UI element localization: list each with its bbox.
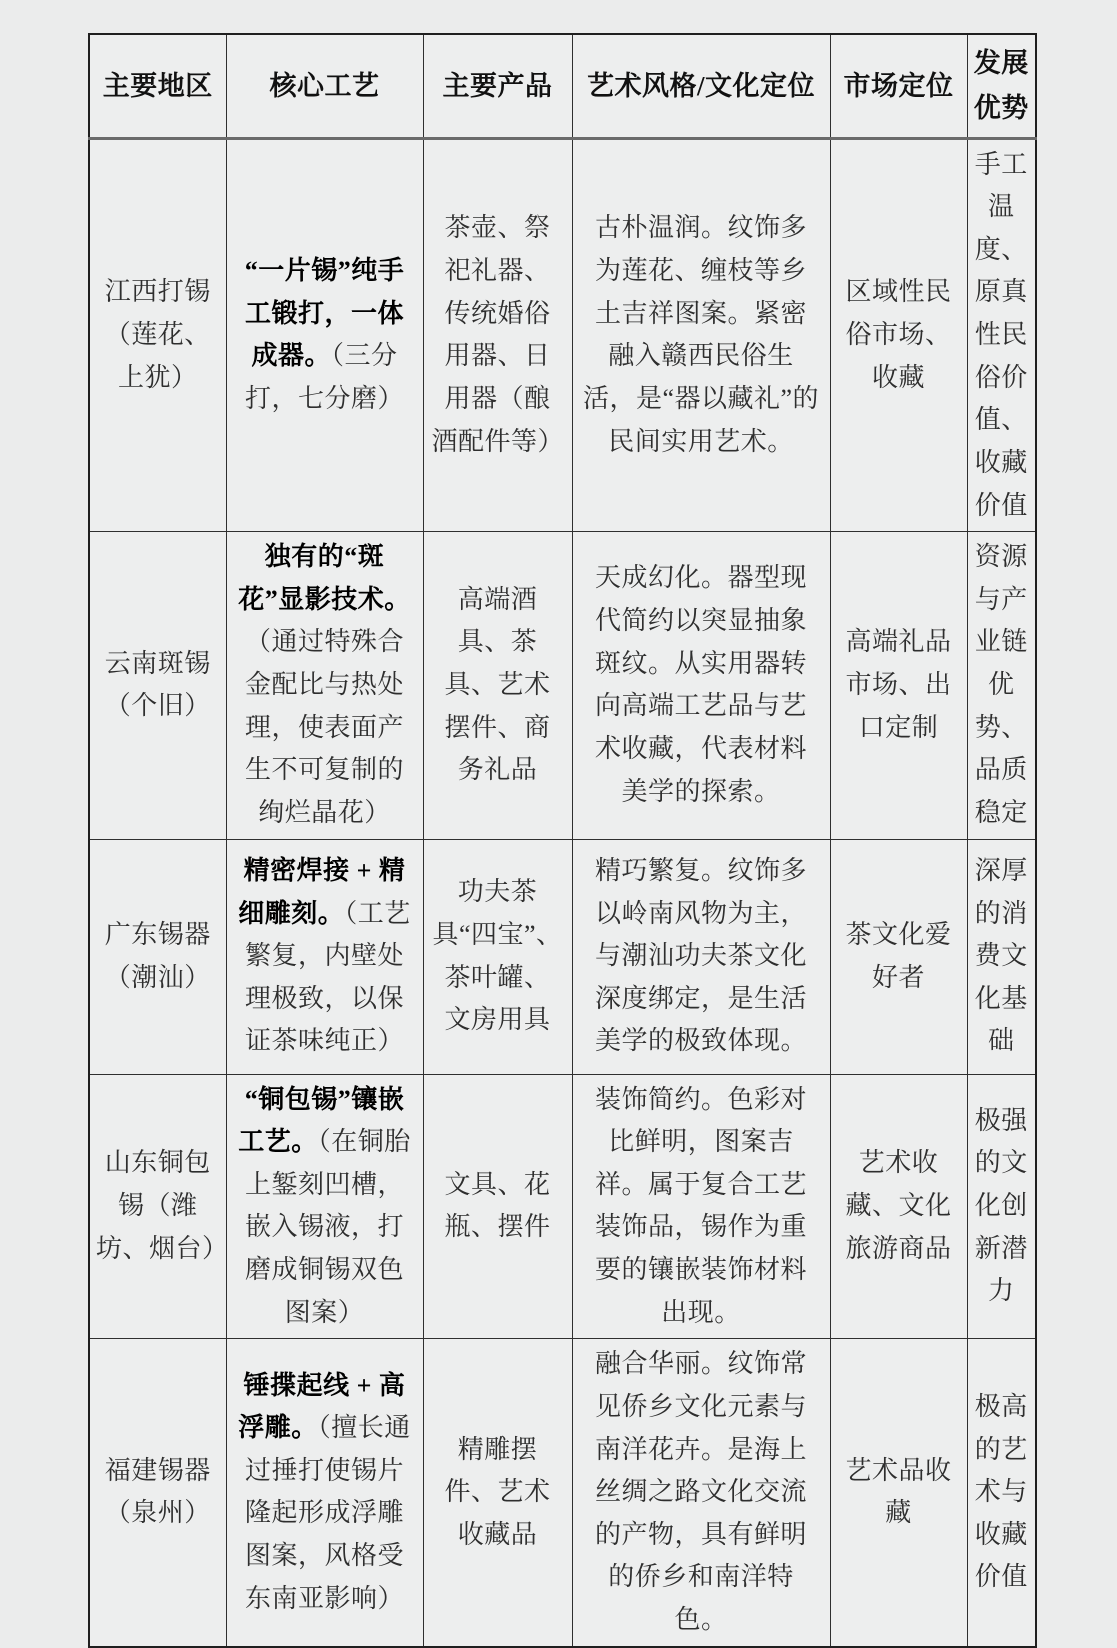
craft-cell: “铜包锡”镶嵌工艺。（在铜胎上錾刻凹槽，嵌入锡液，打磨成铜锡双色图案） bbox=[226, 1074, 423, 1339]
header-market: 市场定位 bbox=[830, 34, 967, 138]
header-row: 主要地区 核心工艺 主要产品 艺术风格/文化定位 市场定位 发展优势 bbox=[89, 34, 1036, 138]
advantage-cell: 手工温度、原真性民俗价值、收藏价值 bbox=[967, 138, 1036, 532]
advantage-cell: 资源与产业链优势、品质稳定 bbox=[967, 532, 1036, 839]
tin-craft-regions-table: 主要地区 核心工艺 主要产品 艺术风格/文化定位 市场定位 发展优势 江西打锡（… bbox=[88, 33, 1037, 1648]
craft-note: （在铜胎上錾刻凹槽，嵌入锡液，打磨成铜锡双色图案） bbox=[245, 1127, 411, 1327]
craft-note: （擅长通过捶打使锡片隆起形成浮雕图案，风格受东南亚影响） bbox=[245, 1413, 411, 1613]
table-row-jiangxi: 江西打锡（莲花、上犹） “一片锡”纯手工锻打，一体成器。（三分打，七分磨） 茶壶… bbox=[89, 138, 1036, 532]
market-cell: 高端礼品市场、出口定制 bbox=[830, 532, 967, 839]
products-cell: 精雕摆件、艺术收藏品 bbox=[423, 1339, 572, 1647]
region-cell: 福建锡器（泉州） bbox=[89, 1339, 226, 1647]
advantage-cell: 深厚的消费文化基础 bbox=[967, 839, 1036, 1074]
market-cell: 茶文化爱好者 bbox=[830, 839, 967, 1074]
table-row-guangdong: 广东锡器（潮汕） 精密焊接 + 精细雕刻。（工艺繁复，内壁处理极致，以保证茶味纯… bbox=[89, 839, 1036, 1074]
craft-highlight: 独有的“斑花”显影技术。 bbox=[238, 542, 411, 614]
header-advantage: 发展优势 bbox=[967, 34, 1036, 138]
table-row-yunnan: 云南斑锡（个旧） 独有的“斑花”显影技术。（通过特殊合金配比与热处理，使表面产生… bbox=[89, 532, 1036, 839]
header-craft: 核心工艺 bbox=[226, 34, 423, 138]
craft-cell: 独有的“斑花”显影技术。（通过特殊合金配比与热处理，使表面产生不可复制的绚烂晶花… bbox=[226, 532, 423, 839]
market-cell: 艺术收藏、文化旅游商品 bbox=[830, 1074, 967, 1339]
style-cell: 天成幻化。器型现代简约以突显抽象斑纹。从实用器转向高端工艺品与艺术收藏，代表材料… bbox=[572, 532, 830, 839]
style-cell: 融合华丽。纹饰常见侨乡文化元素与南洋花卉。是海上丝绸之路文化交流的产物，具有鲜明… bbox=[572, 1339, 830, 1647]
market-cell: 艺术品收藏 bbox=[830, 1339, 967, 1647]
products-cell: 高端酒具、茶具、艺术摆件、商务礼品 bbox=[423, 532, 572, 839]
advantage-cell: 极高的艺术与收藏价值 bbox=[967, 1339, 1036, 1647]
craft-note: （通过特殊合金配比与热处理，使表面产生不可复制的绚烂晶花） bbox=[245, 627, 404, 827]
header-style: 艺术风格/文化定位 bbox=[572, 34, 830, 138]
table-row-shandong: 山东铜包锡（潍坊、烟台） “铜包锡”镶嵌工艺。（在铜胎上錾刻凹槽，嵌入锡液，打磨… bbox=[89, 1074, 1036, 1339]
region-cell: 广东锡器（潮汕） bbox=[89, 839, 226, 1074]
products-cell: 功夫茶具“四宝”、茶叶罐、文房用具 bbox=[423, 839, 572, 1074]
craft-cell: 锤揲起线 + 高浮雕。（擅长通过捶打使锡片隆起形成浮雕图案，风格受东南亚影响） bbox=[226, 1339, 423, 1647]
header-region: 主要地区 bbox=[89, 34, 226, 138]
region-cell: 云南斑锡（个旧） bbox=[89, 532, 226, 839]
region-cell: 江西打锡（莲花、上犹） bbox=[89, 138, 226, 532]
region-cell: 山东铜包锡（潍坊、烟台） bbox=[89, 1074, 226, 1339]
style-cell: 古朴温润。纹饰多为莲花、缠枝等乡土吉祥图案。紧密融入赣西民俗生活，是“器以藏礼”… bbox=[572, 138, 830, 532]
table-row-fujian: 福建锡器（泉州） 锤揲起线 + 高浮雕。（擅长通过捶打使锡片隆起形成浮雕图案，风… bbox=[89, 1339, 1036, 1647]
craft-cell: “一片锡”纯手工锻打，一体成器。（三分打，七分磨） bbox=[226, 138, 423, 532]
market-cell: 区域性民俗市场、收藏 bbox=[830, 138, 967, 532]
products-cell: 茶壶、祭祀礼器、传统婚俗用器、日用器（酿酒配件等） bbox=[423, 138, 572, 532]
style-cell: 精巧繁复。纹饰多以岭南风物为主，与潮汕功夫茶文化深度绑定，是生活美学的极致体现。 bbox=[572, 839, 830, 1074]
products-cell: 文具、花瓶、摆件 bbox=[423, 1074, 572, 1339]
advantage-cell: 极强的文化创新潜力 bbox=[967, 1074, 1036, 1339]
style-cell: 装饰简约。色彩对比鲜明，图案吉祥。属于复合工艺装饰品，锡作为重要的镶嵌装饰材料出… bbox=[572, 1074, 830, 1339]
header-products: 主要产品 bbox=[423, 34, 572, 138]
craft-cell: 精密焊接 + 精细雕刻。（工艺繁复，内壁处理极致，以保证茶味纯正） bbox=[226, 839, 423, 1074]
